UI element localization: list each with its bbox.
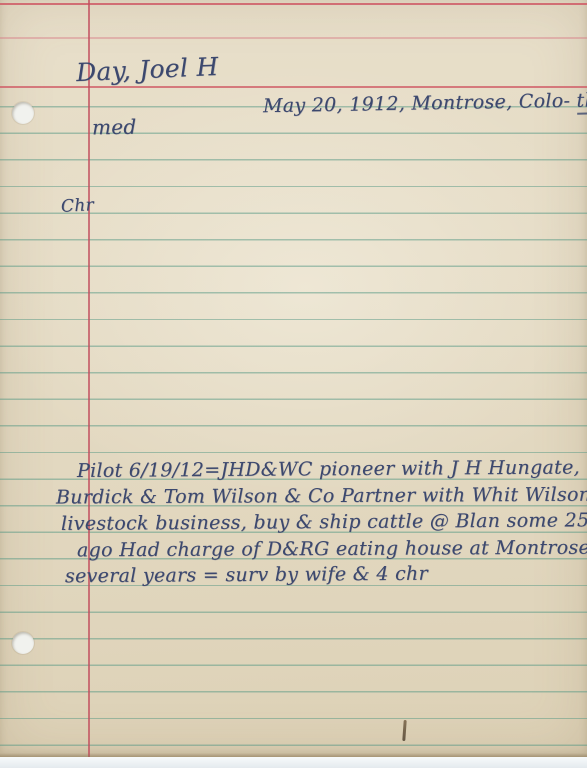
handwritten-body-line: Pilot 6/19/12=JHD&WC pioneer with J H Hu…	[77, 456, 587, 482]
red-margin-line	[88, 0, 90, 757]
handwritten-body-line: livestock business, buy & ship cattle @ …	[61, 509, 587, 535]
scanner-bed-strip	[0, 757, 587, 768]
handwritten-note-med: med	[92, 115, 137, 140]
handwritten-body-line: Burdick & Tom Wilson & Co Partner with W…	[56, 484, 587, 509]
handwritten-name-heading: Day, Joel H	[75, 52, 219, 87]
punch-hole-top	[12, 102, 34, 124]
handwritten-body-line: ago Had charge of D&RG eating house at M…	[77, 537, 587, 562]
underlined-word: there	[576, 89, 587, 115]
handwritten-note-chr: Chr	[60, 195, 94, 217]
handwritten-body-line: several years = surv by wife & 4 chr	[65, 563, 428, 588]
scanned-notebook-page: Day, Joel H May 20, 1912, Montrose, Colo…	[0, 0, 587, 768]
punch-hole-bottom	[12, 632, 34, 654]
